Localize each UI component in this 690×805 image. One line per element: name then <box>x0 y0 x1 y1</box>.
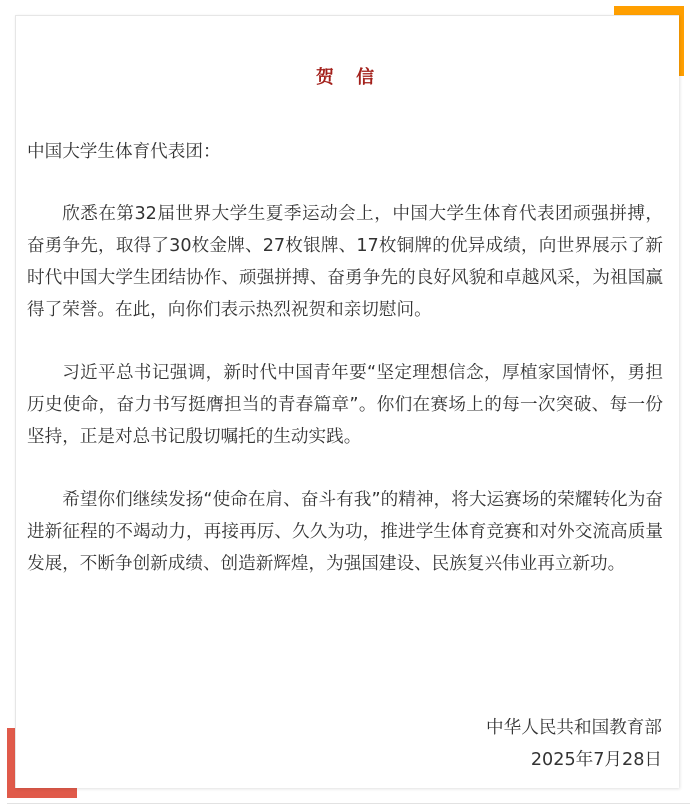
letter-signature: 中华人民共和国教育部 2025年7月28日 <box>486 712 662 776</box>
letter-title: 贺 信 <box>0 66 690 90</box>
page-divider <box>7 803 690 804</box>
letter-paragraph: 习近平总书记强调，新时代中国青年要“坚定理想信念，厚植家国情怀，勇担历史使命，奋… <box>27 357 663 453</box>
letter-paragraph: 欣悉在第32届世界大学生夏季运动会上，中国大学生体育代表团顽强拼搏，奋勇争先，取… <box>27 198 663 326</box>
letter-salutation: 中国大学生体育代表团： <box>27 136 663 168</box>
signature-organization: 中华人民共和国教育部 <box>486 712 662 744</box>
letter-body: 中国大学生体育代表团： 欣悉在第32届世界大学生夏季运动会上，中国大学生体育代表… <box>27 136 663 611</box>
letter-paragraph: 希望你们继续发扬“使命在肩、奋斗有我”的精神，将大运赛场的荣耀转化为奋进新征程的… <box>27 484 663 580</box>
signature-date: 2025年7月28日 <box>486 744 662 776</box>
